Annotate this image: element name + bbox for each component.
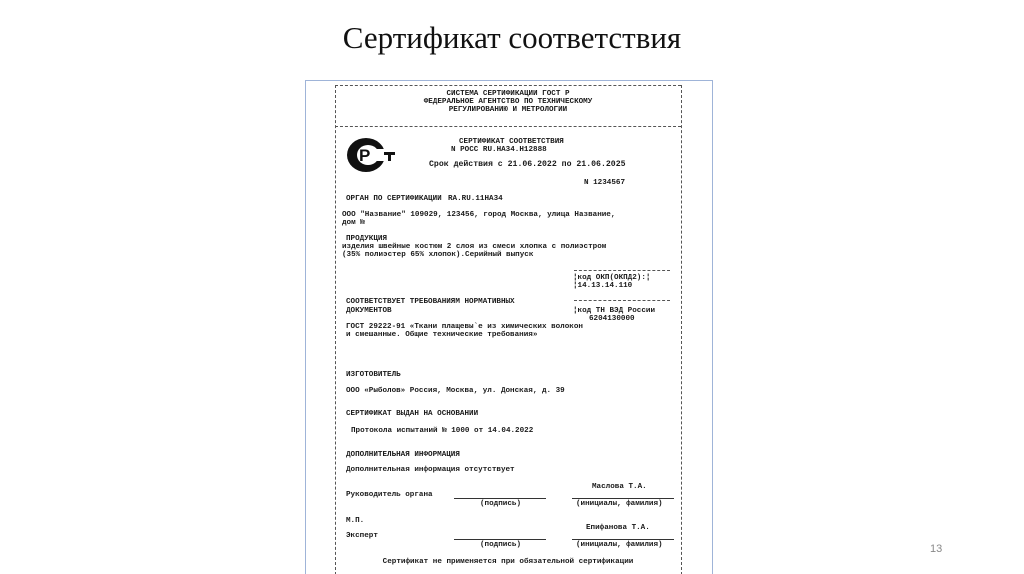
right-border [681,85,682,574]
manufacturer-value: ООО «Рыболов» Россия, Москва, ул. Донска… [346,387,565,396]
expert-name-caption: (инициалы, фамилия) [576,541,663,550]
certificate-footer: Сертификат не применяется при обязательн… [335,558,681,567]
product-line-2: (35% полиэстер 65% хлопок).Серийный выпу… [342,251,533,260]
manufacturer-label: ИЗГОТОВИТЕЛЬ [346,371,401,380]
page-number: 13 [930,543,942,555]
name-line [572,498,674,499]
head-role: Руководитель органа [346,491,433,500]
basis-value: Протокола испытаний № 1000 от 14.04.2022 [351,427,533,436]
okp-value: ¦14.13.14.110 [573,282,632,291]
header-line-3: РЕГУЛИРОВАНИЮ И МЕТРОЛОГИИ [335,106,681,115]
cert-body-address-1: ООО "Название" 109029, 123456, город Мос… [342,211,615,220]
slide-title: Сертификат соответствия [0,20,1024,56]
head-name-caption: (инициалы, фамилия) [576,500,663,509]
divider [574,300,670,301]
validity-period: Срок действия с 21.06.2022 по 21.06.2025 [429,160,626,169]
conformity-line-2: и смешанные. Общие технические требовани… [346,331,537,340]
tnved-value: 6204130000 [589,315,635,324]
divider [574,270,670,271]
certificate-document: СИСТЕМА СЕРТИФИКАЦИИ ГОСТ Р ФЕДЕРАЛЬНОЕ … [306,81,712,574]
additional-value: Дополнительная информация отсутствует [346,466,515,475]
conformity-label-2: ДОКУМЕНТОВ [346,307,392,316]
cert-body-code: RA.RU.11НА34 [448,195,503,204]
expert-signature-caption: (подпись) [480,541,521,550]
blank-number: N 1234567 [584,179,625,188]
basis-label: СЕРТИФИКАТ ВЫДАН НА ОСНОВАНИИ [346,410,478,419]
conformity-label-1: СООТВЕТСТВУЕТ ТРЕБОВАНИЯМ НОРМАТИВНЫХ [346,298,515,307]
cert-body-address-2: дом № [342,219,365,228]
signature-line [454,539,546,540]
name-line [572,539,674,540]
cert-body-label: ОРГАН ПО СЕРТИФИКАЦИИ [346,195,442,204]
stamp-label: М.П. [346,517,364,526]
divider [335,126,681,127]
left-border [335,85,336,574]
svg-text:P: P [359,146,370,165]
signature-line [454,498,546,499]
certificate-number: N РОСС RU.НА34.Н12888 [451,146,547,155]
head-name: Маслова Т.А. [592,483,647,492]
certificate-image: СИСТЕМА СЕРТИФИКАЦИИ ГОСТ Р ФЕДЕРАЛЬНОЕ … [305,80,713,574]
head-signature-caption: (подпись) [480,500,521,509]
pct-logo-icon: P [346,137,398,173]
expert-role: Эксперт [346,532,378,541]
additional-label: ДОПОЛНИТЕЛЬНАЯ ИНФОРМАЦИЯ [346,451,460,460]
expert-name: Епифанова Т.А. [586,524,650,533]
divider [335,85,681,86]
